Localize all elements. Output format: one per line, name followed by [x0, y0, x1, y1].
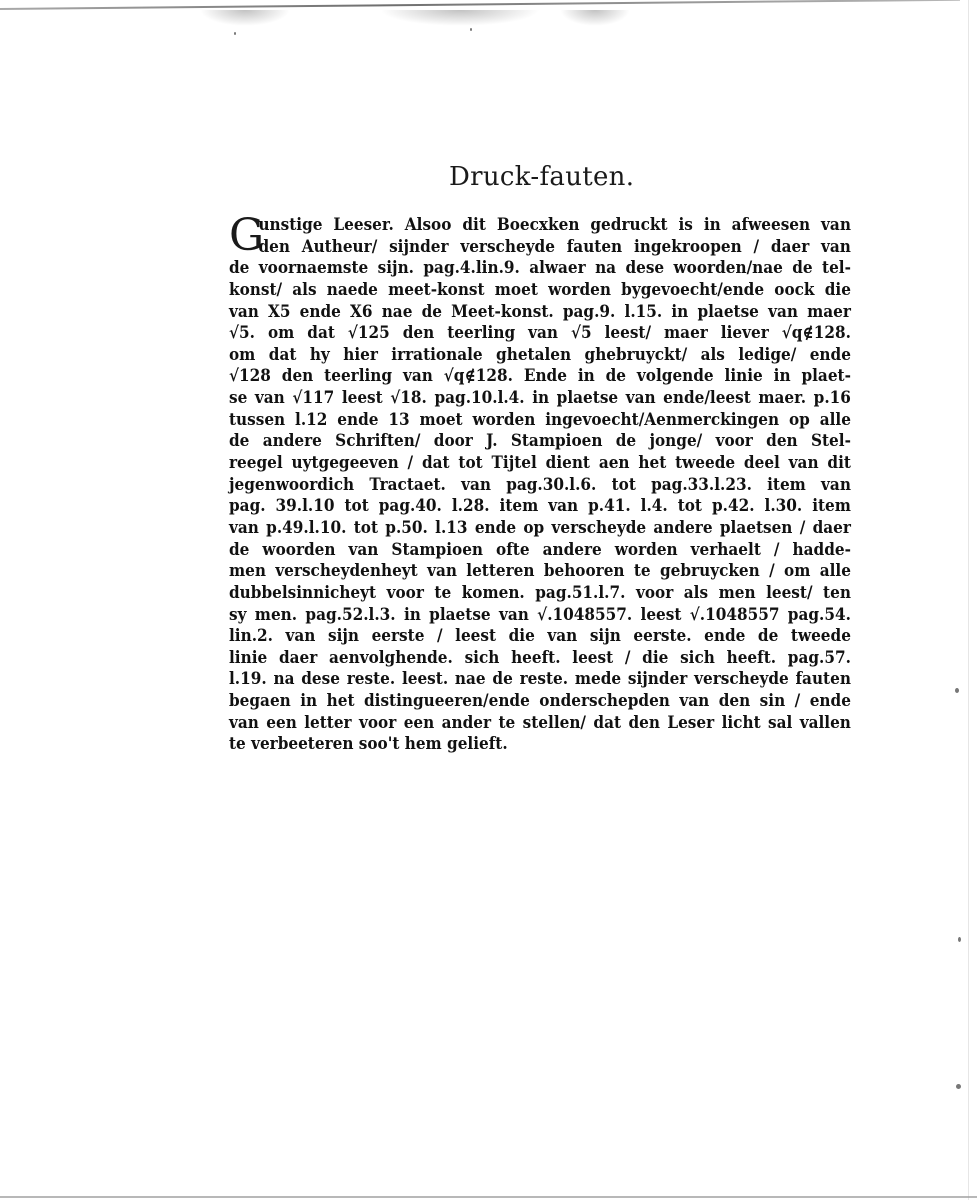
text-line: dubbelsinnicheyt voor te komen. pag.51.l… — [229, 582, 851, 604]
scan-speck — [955, 688, 959, 693]
text-line: de voornaemste sijn. pag.4.lin.9. alwaer… — [229, 257, 851, 279]
text-line: van een letter voor een ander te stellen… — [229, 712, 851, 734]
text-line: tussen l.12 ende 13 moet worden ingevoec… — [229, 409, 851, 431]
text-line: linie daer aenvolghende. sich heeft. lee… — [229, 647, 851, 669]
text-line: van p.49.l.10. tot p.50. l.13 ende op ve… — [229, 517, 851, 539]
text-line: den Autheur/ sijnder verscheyde fauten i… — [229, 236, 851, 258]
text-line: te verbeeteren soo't hem gelieft. — [229, 733, 851, 755]
page-top-edge — [0, 0, 960, 10]
text-line: lin.2. van sijn eerste / leest die van s… — [229, 625, 851, 647]
scan-speck — [956, 1084, 961, 1089]
page-right-edge — [968, 0, 969, 1200]
scan-smudge — [380, 10, 540, 26]
text-line: men verscheydenheyt van letteren behoore… — [229, 560, 851, 582]
text-line: jegenwoordich Tractaet. van pag.30.l.6. … — [229, 474, 851, 496]
text-line: de andere Schriften/ door J. Stampioen d… — [229, 430, 851, 452]
text-line: konst/ als naede meet-konst moet worden … — [229, 279, 851, 301]
scan-speck — [958, 937, 961, 942]
text-line: van X5 ende X6 nae de Meet-konst. pag.9.… — [229, 301, 851, 323]
text-line: begaen in het distingueeren/ende ondersc… — [229, 690, 851, 712]
text-line: pag. 39.l.10 tot pag.40. l.28. item van … — [229, 495, 851, 517]
text-line: √5. om dat √125 den teerling van √5 lees… — [229, 322, 851, 344]
text-line: reegel uytgegeeven / dat tot Tijtel dien… — [229, 452, 851, 474]
text-line: √128 den teerling van √q∉128. Ende in de… — [229, 365, 851, 387]
scan-speck — [470, 28, 472, 31]
errata-body: unstige Leeser. Alsoo dit Boecxken gedru… — [229, 214, 851, 755]
text-line: om dat hy hier irrationale ghetalen gheb… — [229, 344, 851, 366]
text-line: unstige Leeser. Alsoo dit Boecxken gedru… — [229, 214, 851, 236]
text-line: sy men. pag.52.l.3. in plaetse van √.104… — [229, 604, 851, 626]
page-bottom-edge — [0, 1196, 977, 1198]
scan-speck — [234, 32, 236, 35]
text-line: se van √117 leest √18. pag.10.l.4. in pl… — [229, 387, 851, 409]
scan-smudge — [200, 10, 290, 26]
text-line: l.19. na dese reste. leest. nae de reste… — [229, 668, 851, 690]
page-title: Druck-fauten. — [449, 162, 634, 192]
text-line: de woorden van Stampioen ofte andere wor… — [229, 539, 851, 561]
scan-smudge — [560, 10, 630, 26]
